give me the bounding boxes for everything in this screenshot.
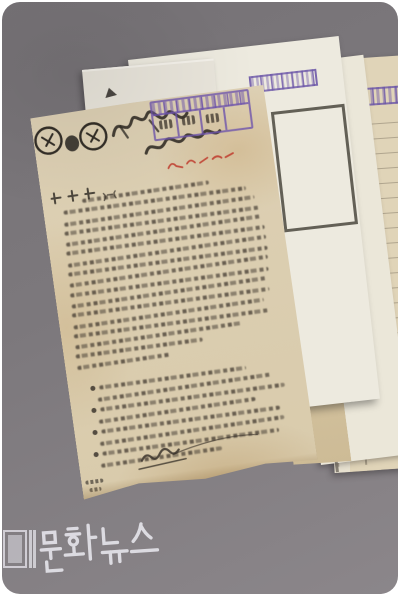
handwriting-line: [98, 372, 273, 402]
ledger-entry-mark: [351, 416, 377, 424]
handwriting-line: [66, 225, 265, 256]
handwriting-line: [102, 427, 279, 455]
stamp-header-row: [151, 91, 248, 116]
ledger-row: [328, 198, 398, 219]
list-item-line: [85, 430, 309, 472]
ledger-entry-mark: [348, 431, 380, 439]
square-seal-stamp: [299, 68, 344, 115]
ledger-row: [324, 139, 398, 160]
list-item-line: [74, 354, 298, 396]
handwriting-line: [99, 365, 246, 389]
handwriting-marks: [272, 159, 305, 189]
logo-bar: [29, 530, 32, 568]
ledger-table-line: [341, 112, 367, 465]
ledger-row: [330, 228, 398, 249]
watermark-script: [36, 516, 165, 579]
list-bullet: [91, 408, 97, 414]
handwriting-line: [82, 180, 209, 203]
ledger-entry-mark: [329, 162, 363, 170]
ledger-row: [343, 408, 398, 429]
ledger-row: [337, 333, 398, 354]
handwriting-line: [99, 396, 256, 423]
form-rule-line: [320, 338, 339, 472]
handwriting-line: [68, 234, 266, 267]
handwriting-line: [64, 195, 255, 227]
strip-seal-stamp: [249, 69, 318, 94]
ledger-entry-mark: [333, 192, 363, 200]
ledger-entries: [322, 109, 398, 445]
handwriting-line: [76, 338, 203, 359]
list-item-line: [78, 387, 302, 429]
handwriting-line: [68, 246, 268, 277]
list-item-line: [77, 376, 301, 418]
ledger-entry-mark: [325, 132, 361, 140]
ledger-row: [335, 303, 398, 324]
signature-script: [132, 428, 265, 476]
handwriting-line: [75, 321, 242, 349]
red-annotation-script: [168, 153, 234, 169]
ledger-entry-mark: [336, 207, 364, 215]
ledger-entry-mark: [326, 117, 356, 125]
ledger-table-grid: [314, 106, 398, 467]
handwriting-line: [77, 352, 171, 370]
page-bottom-crease: [82, 452, 319, 501]
ledger-row: [340, 363, 398, 384]
tan-strip-sheet: [242, 66, 351, 468]
purple-grid-stamp: [149, 89, 253, 142]
ledger-row: [341, 378, 398, 399]
ledger-entry-mark: [348, 401, 378, 409]
list-item-line: [81, 409, 305, 451]
ledger-row: [332, 258, 398, 279]
ledger-row: [327, 183, 398, 204]
white-form-sheet: [128, 36, 380, 423]
ledger-header-stamp: [314, 85, 398, 109]
handwriting-line: [72, 276, 268, 309]
ledger-row: [336, 318, 398, 339]
manuscript-list-items: [74, 354, 309, 472]
handwriting-line: [70, 266, 269, 297]
page-corner-mark: [85, 477, 113, 496]
manuscript-body-text: [48, 172, 295, 377]
ledger-entry-mark: [345, 357, 373, 365]
list-bullet: [92, 430, 98, 436]
white-sheet: [82, 58, 222, 163]
ledger-row: [326, 168, 398, 189]
ledger-row: [322, 109, 398, 130]
ledger-row: [329, 213, 398, 234]
handwriting-line: [64, 205, 259, 235]
ledger-entry-mark: [345, 327, 371, 335]
ledger-entry-mark: [331, 222, 365, 230]
ledger-row: [333, 273, 398, 294]
handwriting-line: [100, 382, 285, 411]
ledger-entry-mark: [342, 371, 378, 379]
handwriting-line: [70, 255, 268, 288]
ledger-row: [331, 243, 398, 264]
handwriting-line: [66, 214, 262, 247]
form-frame-box: [271, 104, 358, 233]
ledger-entry-mark: [342, 341, 376, 349]
handwriting-line: [72, 287, 270, 318]
news-photo-thumbnail: 문화뉴스: [0, 0, 400, 600]
triangle-ink-mark: [103, 86, 117, 98]
square-seal-inner: [308, 78, 333, 106]
handwriting-line: [73, 297, 264, 329]
ledger-entry-mark: [335, 267, 371, 275]
list-bullet: [93, 452, 99, 458]
list-item-line: [80, 398, 304, 440]
list-bullet: [90, 386, 96, 392]
handwriting-marks: [320, 358, 360, 414]
list-item-line: [75, 365, 299, 407]
photo-background: 문화뉴스: [2, 2, 398, 594]
ledger-row: [342, 393, 398, 414]
ledger-row: [344, 423, 398, 444]
ledger-entry-mark: [351, 386, 375, 394]
ledger-entry-mark: [340, 312, 372, 320]
ledger-row: [325, 154, 398, 175]
ledger-row: [338, 348, 398, 369]
ledger-entry-mark: [336, 237, 362, 245]
munhwa-news-watermark: 문화뉴스: [36, 516, 166, 583]
handwriting-marks: [285, 338, 327, 407]
handwriting-line: [100, 414, 285, 445]
handwriting-line: [63, 186, 246, 215]
ledger-entry-mark: [341, 297, 369, 305]
main-manuscript: [30, 84, 319, 501]
ledger-entry-mark: [336, 177, 358, 185]
manuscript-header-script: [30, 84, 277, 216]
handwriting-line: [101, 405, 280, 433]
ledger-sheet: [306, 55, 398, 473]
ledger-entry-mark: [339, 252, 369, 260]
handwriting-line: [74, 308, 269, 338]
list-item-line: [83, 420, 307, 462]
handwriting-line: [101, 446, 222, 468]
ledger-row: [323, 124, 398, 145]
ledger-entry-mark: [332, 147, 358, 155]
munhwa-news-logo: [3, 530, 27, 568]
ledger-entry-mark: [344, 282, 368, 290]
pale-sheet: [272, 55, 398, 465]
ledger-row: [334, 288, 398, 309]
logo-bar: [33, 530, 36, 568]
